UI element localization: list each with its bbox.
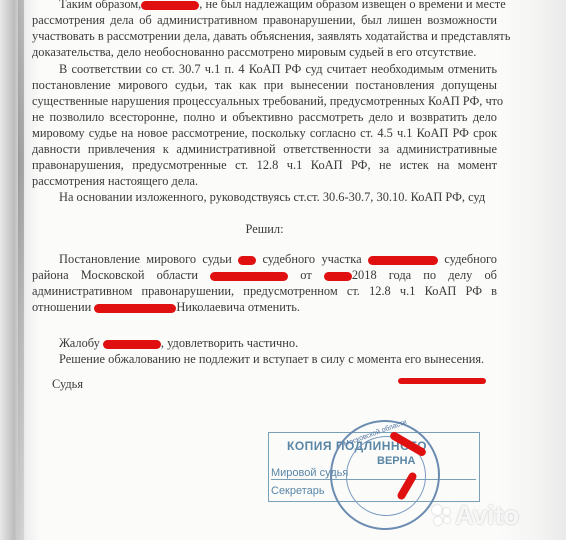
text-line: административном правонарушении, предусм… [32, 284, 497, 299]
text-line: отношении Николаевича отменить. [32, 300, 497, 315]
text: , не был надлежащим образом извещен о вр… [199, 0, 505, 11]
text-line: Решение обжалованию не подлежит и вступа… [32, 352, 497, 367]
redaction [94, 304, 176, 313]
text: , удовлетворить частично. [161, 336, 298, 350]
redaction [210, 272, 288, 281]
text: отношении [32, 300, 91, 314]
text: Постановление мирового судьи [59, 252, 232, 266]
text-line: Таким образом,, не был надлежащим образо… [32, 0, 497, 12]
text-line: правонарушения, предусмотренные ст. 12.8… [32, 158, 497, 173]
redaction [368, 256, 438, 265]
text-line: На основании изложенного, руководствуясь… [32, 190, 497, 205]
text: от [300, 268, 311, 282]
stamp-line: Секретарь [271, 485, 325, 497]
text-line: рассмотрения дела об административном пр… [32, 13, 497, 28]
text-line: мировому судье на новое рассмотрение, по… [32, 126, 497, 141]
text-line: постановление мирового судьи, так как пр… [32, 78, 497, 93]
text-line: Постановление мирового судьи судебного у… [32, 252, 497, 267]
decision-heading: Решил: [32, 222, 497, 237]
text-line: Жалобу , удовлетворить частично. [32, 336, 497, 351]
avito-watermark: Avito [455, 500, 519, 531]
text-line: доказательства, дело необоснованно рассм… [32, 45, 497, 60]
text-line: рассмотрения настоящего дела. [32, 174, 497, 189]
document-page: Таким образом,, не был надлежащим образо… [0, 0, 566, 540]
text-line: участвовать в рассмотрении дела, давать … [32, 29, 497, 44]
redaction [103, 340, 161, 349]
redaction [324, 272, 352, 281]
text: Николаевича отменить. [176, 300, 300, 314]
text-line: района Московской области от 2018 года п… [32, 268, 497, 283]
text: судебного [444, 252, 497, 266]
binding-shadow [18, 0, 24, 540]
text: Жалобу [59, 336, 100, 350]
text-line: не позволило всесторонне, полно и объект… [32, 110, 497, 125]
text-line: давности привлечения к административной … [32, 142, 497, 157]
text: района Московской области [32, 268, 198, 282]
signature-redaction [398, 378, 486, 384]
text: Таким образом, [59, 0, 141, 11]
text: 2018 года по делу об [352, 268, 497, 282]
text: судебного участка [262, 252, 361, 266]
redaction [238, 256, 256, 265]
text-line: существенные нарушения процессуальных тр… [32, 94, 497, 109]
avito-logo-icon [432, 505, 454, 527]
text-line: В соответствии со ст. 30.7 ч.1 п. 4 КоАП… [32, 62, 497, 77]
official-seal: Московской области [330, 420, 440, 530]
redaction [141, 1, 199, 10]
